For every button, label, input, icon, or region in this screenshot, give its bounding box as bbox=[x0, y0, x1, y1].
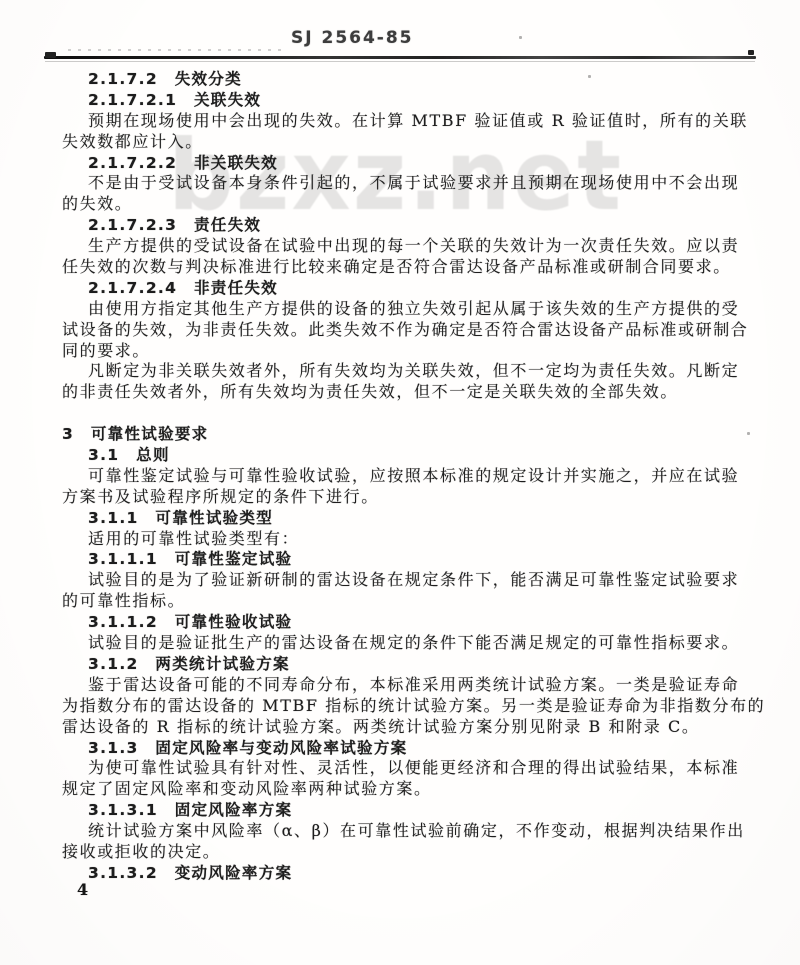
scanned-document-page: bzxz.net SJ 2564-85 2.1.7.2 失效分类2.1.7.2.… bbox=[0, 0, 800, 965]
text-line: 失效数都应计入。 bbox=[62, 132, 762, 153]
text-line: 生产方提供的受试设备在试验中出现的每一个关联的失效计为一次责任失效。应以责 bbox=[62, 236, 762, 257]
text-line: 任失效的次数与判决标准进行比较来确定是否符合雷达设备产品标准或研制合同要求。 bbox=[62, 257, 762, 278]
text-line: 鉴于雷达设备可能的不同寿命分布，本标准采用两类统计试验方案。一类是验证寿命 bbox=[62, 675, 762, 696]
text-line: 适用的可靠性试验类型有： bbox=[62, 529, 762, 550]
text-line: 3.1.3 固定风险率与变动风险率试验方案 bbox=[62, 738, 762, 759]
header-rule bbox=[44, 56, 756, 59]
text-line: 由使用方指定其他生产方提供的设备的独立失效引起从属于该失效的生产方提供的受 bbox=[62, 299, 762, 320]
blank-line bbox=[62, 403, 762, 424]
text-line: 为使可靠性试验具有针对性、灵活性，以便能更经济和合理的得出试验结果，本标准 bbox=[62, 758, 762, 779]
text-line: 接收或拒收的决定。 bbox=[62, 842, 762, 863]
text-line: 雷达设备的 R 指标的统计试验方案。两类统计试验方案分别见附录 B 和附录 C。 bbox=[62, 717, 762, 738]
text-line: 3.1.3.1 固定风险率方案 bbox=[62, 800, 762, 821]
standard-number: SJ 2564-85 bbox=[291, 28, 414, 48]
header-rule-echo bbox=[45, 61, 755, 62]
text-line: 可靠性鉴定试验与可靠性验收试验，应按照本标准的规定设计并实施之，并应在试验 bbox=[62, 466, 762, 487]
text-line: 试验目的是验证批生产的雷达设备在规定的条件下能否满足规定的可靠性指标要求。 bbox=[62, 633, 762, 654]
scan-speck bbox=[45, 52, 56, 58]
text-line: 不是由于受试设备本身条件引起的，不属于试验要求并且预期在现场使用中不会出现 bbox=[62, 173, 762, 194]
text-line: 试验目的是为了验证新研制的雷达设备在规定条件下，能否满足可靠性鉴定试验要求 bbox=[62, 570, 762, 591]
text-line: 3 可靠性试验要求 bbox=[62, 424, 762, 445]
text-line: 方案书及试验程序所规定的条件下进行。 bbox=[62, 487, 762, 508]
page-number: 4 bbox=[77, 880, 88, 899]
text-line: 规定了固定风险率和变动风险率两种试验方案。 bbox=[62, 779, 762, 800]
text-line: 凡断定为非关联失效者外，所有失效均为关联失效，但不一定均为责任失效。凡断定 bbox=[62, 361, 762, 382]
text-line: 的可靠性指标。 bbox=[62, 591, 762, 612]
text-line: 试设备的失效，为非责任失效。此类失效不作为确定是否符合雷达设备产品标准或研制合 bbox=[62, 320, 762, 341]
text-line: 为指数分布的雷达设备的 MTBF 指标的统计试验方案。另一类是验证寿命为非指数分… bbox=[62, 696, 762, 717]
text-line: 的非责任失效者外，所有失效均为责任失效，但不一定是关联失效的全部失效。 bbox=[62, 382, 762, 403]
text-line: 2.1.7.2.2 非关联失效 bbox=[62, 153, 762, 174]
text-line: 2.1.7.2.3 责任失效 bbox=[62, 215, 762, 236]
text-line: 3.1.2 两类统计试验方案 bbox=[62, 654, 762, 675]
text-line: 统计试验方案中风险率（α、β）在可靠性试验前确定，不作变动，根据判决结果作出 bbox=[62, 821, 762, 842]
scan-speck bbox=[747, 432, 750, 435]
text-line: 的失效。 bbox=[62, 194, 762, 215]
scan-speck bbox=[748, 50, 754, 55]
text-line: 3.1.1.1 可靠性鉴定试验 bbox=[62, 549, 762, 570]
text-line: 2.1.7.2 失效分类 bbox=[62, 69, 762, 90]
text-body: 2.1.7.2 失效分类2.1.7.2.1 关联失效预期在现场使用中会出现的失效… bbox=[62, 69, 762, 884]
text-line: 2.1.7.2.1 关联失效 bbox=[62, 90, 762, 111]
scan-speck bbox=[588, 75, 591, 78]
header-rule-dust bbox=[68, 49, 283, 51]
text-line: 同的要求。 bbox=[62, 341, 762, 362]
text-line: 3.1.1 可靠性试验类型 bbox=[62, 508, 762, 529]
text-line: 预期在现场使用中会出现的失效。在计算 MTBF 验证值或 R 验证值时，所有的关… bbox=[62, 111, 762, 132]
text-line: 2.1.7.2.4 非责任失效 bbox=[62, 278, 762, 299]
text-line: 3.1.3.2 变动风险率方案 bbox=[62, 863, 762, 884]
text-line: 3.1.1.2 可靠性验收试验 bbox=[62, 612, 762, 633]
scan-speck bbox=[519, 36, 522, 39]
text-line: 3.1 总则 bbox=[62, 445, 762, 466]
